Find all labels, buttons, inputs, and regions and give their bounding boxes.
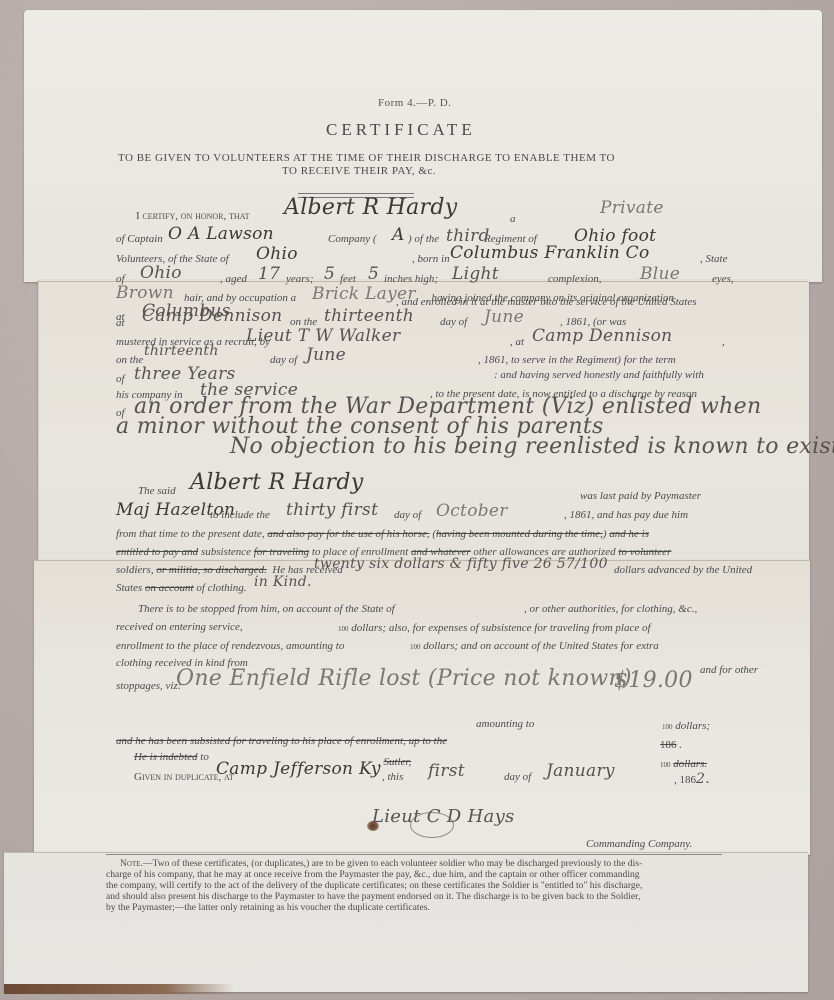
given-year: , 1862. bbox=[674, 771, 710, 787]
payment-line6: States on account of clothing. bbox=[116, 582, 246, 594]
label-state: , State bbox=[700, 253, 728, 265]
last-paid-month-field: October bbox=[436, 501, 508, 521]
birth-state-field: Ohio bbox=[140, 263, 182, 283]
note-line2: charge of his company, that he may at on… bbox=[106, 869, 640, 881]
stoppage-detail-field: One Enfield Rifle lost (Price not known) bbox=[176, 666, 632, 691]
label-advanced: dollars advanced by the United bbox=[614, 564, 752, 576]
last-paid-day-field: thirty first bbox=[286, 500, 378, 520]
birthplace-field: Columbus Franklin Co bbox=[450, 243, 649, 263]
certify-lead: I certify, on honor, that bbox=[136, 210, 249, 222]
note-line4: and should also present his discharge to… bbox=[106, 891, 640, 903]
given-day-field: first bbox=[428, 761, 465, 781]
label-years: years; bbox=[286, 273, 314, 285]
certificate-document: Form 4.—P. D. CERTIFICATE TO BE GIVEN TO… bbox=[0, 0, 834, 1000]
label-served: : and having served honestly and faithfu… bbox=[494, 369, 704, 381]
note-line3: the company, will certify to the act of … bbox=[106, 880, 642, 892]
eyes-field: Blue bbox=[640, 264, 680, 284]
label-include-the: to include the bbox=[210, 509, 270, 521]
label-born-in: , born in bbox=[412, 253, 450, 265]
document-subtitle-line2: TO RECEIVE THEIR PAY, &c. bbox=[282, 165, 436, 177]
age-field: 17 bbox=[258, 264, 280, 284]
company-letter-field: A bbox=[392, 225, 405, 245]
label-last-paid: was last paid by Paymaster bbox=[580, 490, 701, 502]
indebted-clause: He is indebted to bbox=[134, 751, 209, 763]
muster-month-field: June bbox=[484, 307, 524, 327]
note-divider bbox=[106, 854, 722, 855]
closing-year-struck: 186 . bbox=[660, 739, 682, 751]
recruit-day-field: thirteenth bbox=[144, 343, 219, 359]
given-month-field: January bbox=[546, 761, 615, 781]
label-at-2: at bbox=[116, 317, 125, 329]
payment-line3: from that time to the present date, and … bbox=[116, 528, 649, 540]
label-day-of-2: day of bbox=[270, 354, 297, 366]
recruit-by-field: Lieut T W Walker bbox=[246, 326, 400, 346]
note-line1: Note.—Two of these certificates, (or dup… bbox=[120, 858, 642, 870]
recruit-month-field: June bbox=[306, 345, 346, 365]
label-of-term: of bbox=[116, 373, 125, 385]
label-amounting-to: amounting to bbox=[476, 718, 534, 730]
sutler-clause: , Sutler, bbox=[378, 756, 411, 768]
stoppage-line1-label: There is to be stopped from him, on acco… bbox=[138, 603, 395, 615]
soldier-name-field: Albert R Hardy bbox=[284, 195, 457, 220]
label-company: Company ( bbox=[328, 233, 377, 245]
stoppage-line3-tail: 100 dollars; and on account of the Unite… bbox=[410, 640, 659, 652]
label-day-of: day of bbox=[440, 316, 467, 328]
recruit-place-field: Camp Dennison bbox=[532, 326, 672, 346]
subsisted-clause-struck: and he has been subsisted for traveling … bbox=[116, 735, 447, 747]
stoppage-line1-tail: , or other authorities, for clothing, &c… bbox=[524, 603, 697, 615]
label-this: , this bbox=[382, 771, 403, 783]
stoppage-line2-tail: 100 dollars; also, for expenses of subsi… bbox=[338, 622, 651, 634]
label-the-said: The said bbox=[138, 485, 176, 497]
state-field: Ohio bbox=[256, 244, 298, 264]
label-recruit-year: , 1861, to serve in the Regiment) for th… bbox=[478, 354, 676, 366]
stoppage-line3-label: enrollment to the place of rendezvous, a… bbox=[116, 640, 344, 652]
label-aged: , aged bbox=[220, 273, 247, 285]
label-day-of-3: day of bbox=[394, 509, 421, 521]
captain-field: O A Lawson bbox=[168, 224, 274, 244]
height-inches-field: 5 bbox=[368, 264, 379, 284]
label-day-of-4: day of bbox=[504, 771, 531, 783]
stoppage-line4-tail: and for other bbox=[700, 664, 758, 676]
muster-place-field: Camp Dennison bbox=[142, 306, 282, 326]
payment-soldier-name-field: Albert R Hardy bbox=[190, 470, 363, 495]
closing-dollars-2: 100 dollars. bbox=[660, 758, 707, 770]
label-a: a bbox=[510, 213, 516, 225]
stoppage-line2-label: received on entering service, bbox=[116, 621, 243, 633]
stoppage-line5-label: stoppages, viz: bbox=[116, 680, 181, 692]
form-number: Form 4.—P. D. bbox=[378, 97, 451, 109]
closing-dollars-1: 100 dollars; bbox=[662, 720, 710, 732]
rank-field: Private bbox=[600, 198, 664, 218]
document-title: CERTIFICATE bbox=[326, 120, 476, 140]
muster-day-field: thirteenth bbox=[324, 306, 414, 326]
label-paid-year: , 1861, and has pay due him bbox=[564, 509, 688, 521]
label-of-captain: of Captain bbox=[116, 233, 163, 245]
complexion-field: Light bbox=[452, 264, 499, 284]
height-feet-field: 5 bbox=[324, 264, 335, 284]
label-complexion: complexion, bbox=[548, 273, 601, 285]
commanding-company-label: Commanding Company. bbox=[586, 838, 692, 850]
document-subtitle-line1: TO BE GIVEN TO VOLUNTEERS AT THE TIME OF… bbox=[118, 152, 615, 164]
given-place-field: Camp Jefferson Ky bbox=[216, 759, 381, 779]
label-enrolled: , and enrolled in it at the muster into … bbox=[396, 296, 697, 308]
label-comma: , bbox=[722, 336, 725, 348]
stoppage-amount-field: $19.00 bbox=[614, 668, 693, 693]
label-of-the: ) of the bbox=[408, 233, 439, 245]
discharge-reason-line3: No objection to his being reenlisted is … bbox=[230, 434, 834, 459]
hair-field: Brown bbox=[116, 283, 174, 303]
amount-received-field: twenty six dollars & fifty five 26 57/10… bbox=[314, 556, 608, 572]
label-at-3: , at bbox=[510, 336, 524, 348]
officer-signature: Lieut C D Hays bbox=[372, 806, 515, 827]
clothing-note-field: in Kind. bbox=[254, 574, 312, 590]
note-line5: by the Paymaster;—the latter only retain… bbox=[106, 902, 430, 914]
label-eyes: eyes, bbox=[712, 273, 734, 285]
